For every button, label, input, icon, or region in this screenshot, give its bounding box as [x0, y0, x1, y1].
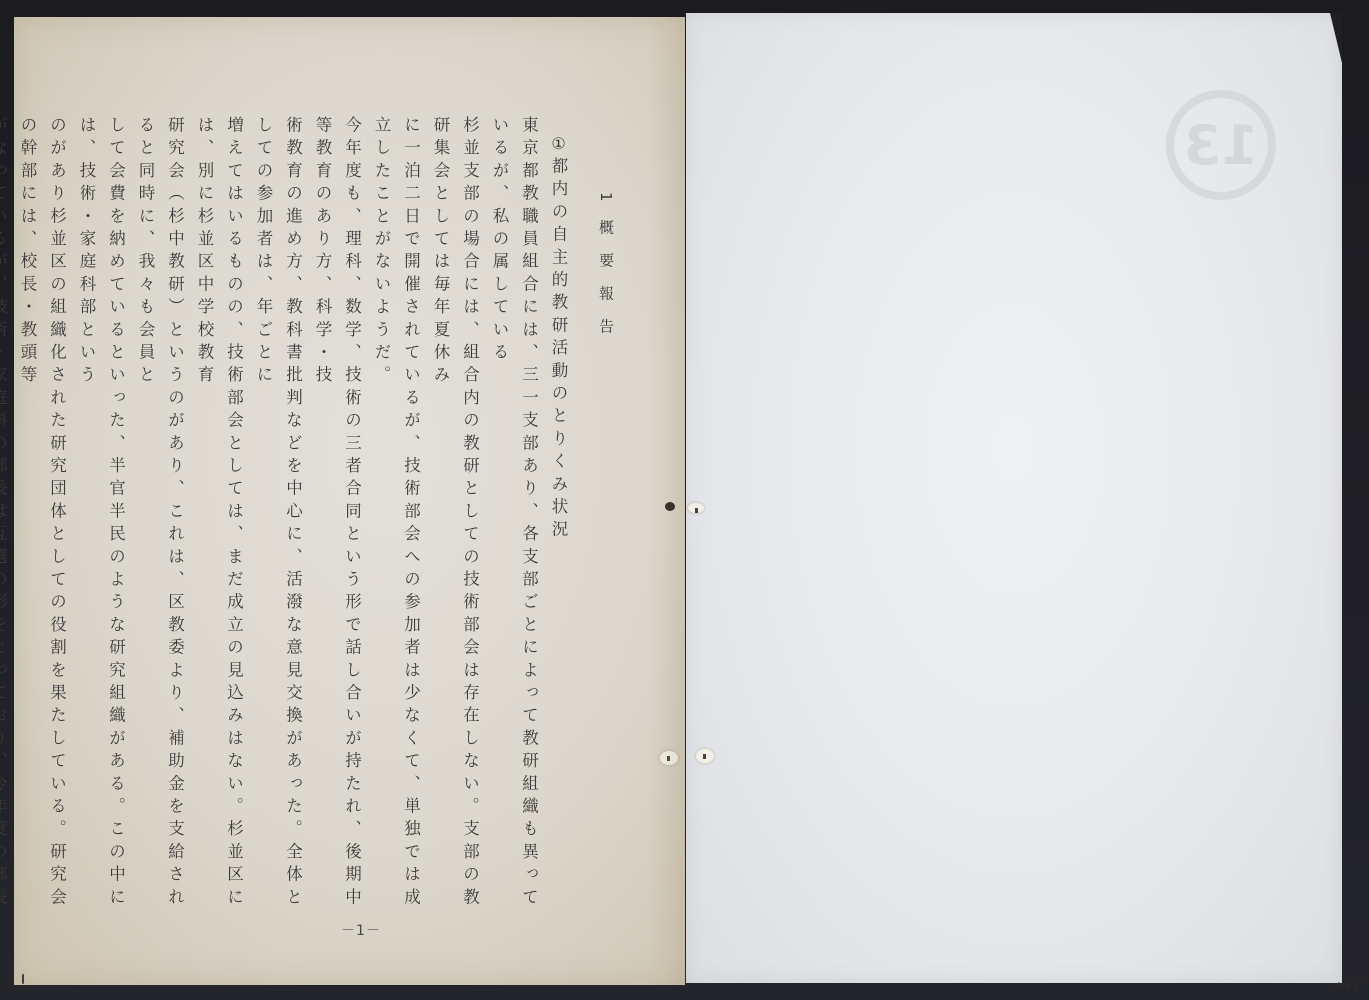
text-column: のがあり杉並区の組織化された研究団体としての役割を果たしている。研究会の幹部には…: [13, 116, 72, 916]
section-title: 都内の自主的教研活動のとりくみ状況: [549, 157, 568, 543]
text-column: して会費を納めているといった、半官半民のような研究組織がある。この中には、技術・…: [72, 116, 131, 916]
heading-number: 1: [597, 192, 615, 220]
text-column: 東京都教職員組合には、三一支部あり、各支部ごとによって教研組織も異っているが、私…: [485, 116, 544, 916]
heading-title: 概要報告: [597, 220, 615, 352]
text-column: 術教育の進め方、教科書批判などを中心に、活潑な意見交換があった。全体としての参加…: [249, 116, 308, 916]
punch-hole-icon: [688, 503, 704, 513]
punch-hole-icon: [660, 751, 678, 765]
page-number: －1－: [341, 920, 381, 940]
folded-corner: [1330, 13, 1342, 63]
text-column: がなっているが、技術・家庭科の部長は互選の形をとっており、今年度の部長も組合員が…: [0, 116, 13, 916]
text-column: 増えてはいるものの、技術部会としては、まだ成立の見込みはない。杉並区には、別に杉…: [190, 116, 249, 916]
punch-hole-icon: [665, 502, 675, 511]
text-column: 今年度も、理科、数学、技術の三者合同という形で話し合いが持たれ、後期中等教育のあ…: [308, 116, 367, 916]
left-page: 1概要報告 ①都内の自主的教研活動のとりくみ状況 東京都教職員組合には、三一支部…: [14, 17, 685, 985]
text-column: に一泊二日で開催されているが、技術部会への参加者は少なくて、単独では成立したこと…: [367, 116, 426, 916]
circled-number-stamp-showthrough: 13: [1166, 90, 1276, 200]
section-marker: ①: [544, 134, 574, 153]
pencil-mark: [22, 974, 24, 984]
right-page: 13: [686, 13, 1342, 983]
text-column: 杉並支部の場合には、組合内の教研としての技術部会は存在しない。支部の教研集会とし…: [426, 116, 485, 916]
scanned-document-spread: 1概要報告 ①都内の自主的教研活動のとりくみ状況 東京都教職員組合には、三一支部…: [0, 0, 1369, 1000]
report-heading: 1概要報告: [596, 192, 617, 352]
handwritten-corner-note: おもて: [1334, 979, 1361, 992]
body-text: ①都内の自主的教研活動のとりくみ状況 東京都教職員組合には、三一支部あり、各支部…: [0, 116, 573, 916]
section-title-line: ①都内の自主的教研活動のとりくみ状況: [544, 116, 574, 916]
text-column: 研究会（杉中教研）というのがあり、これは、区教委より、補助金を支給されると同時に…: [131, 116, 190, 916]
punch-hole-icon: [696, 749, 714, 763]
